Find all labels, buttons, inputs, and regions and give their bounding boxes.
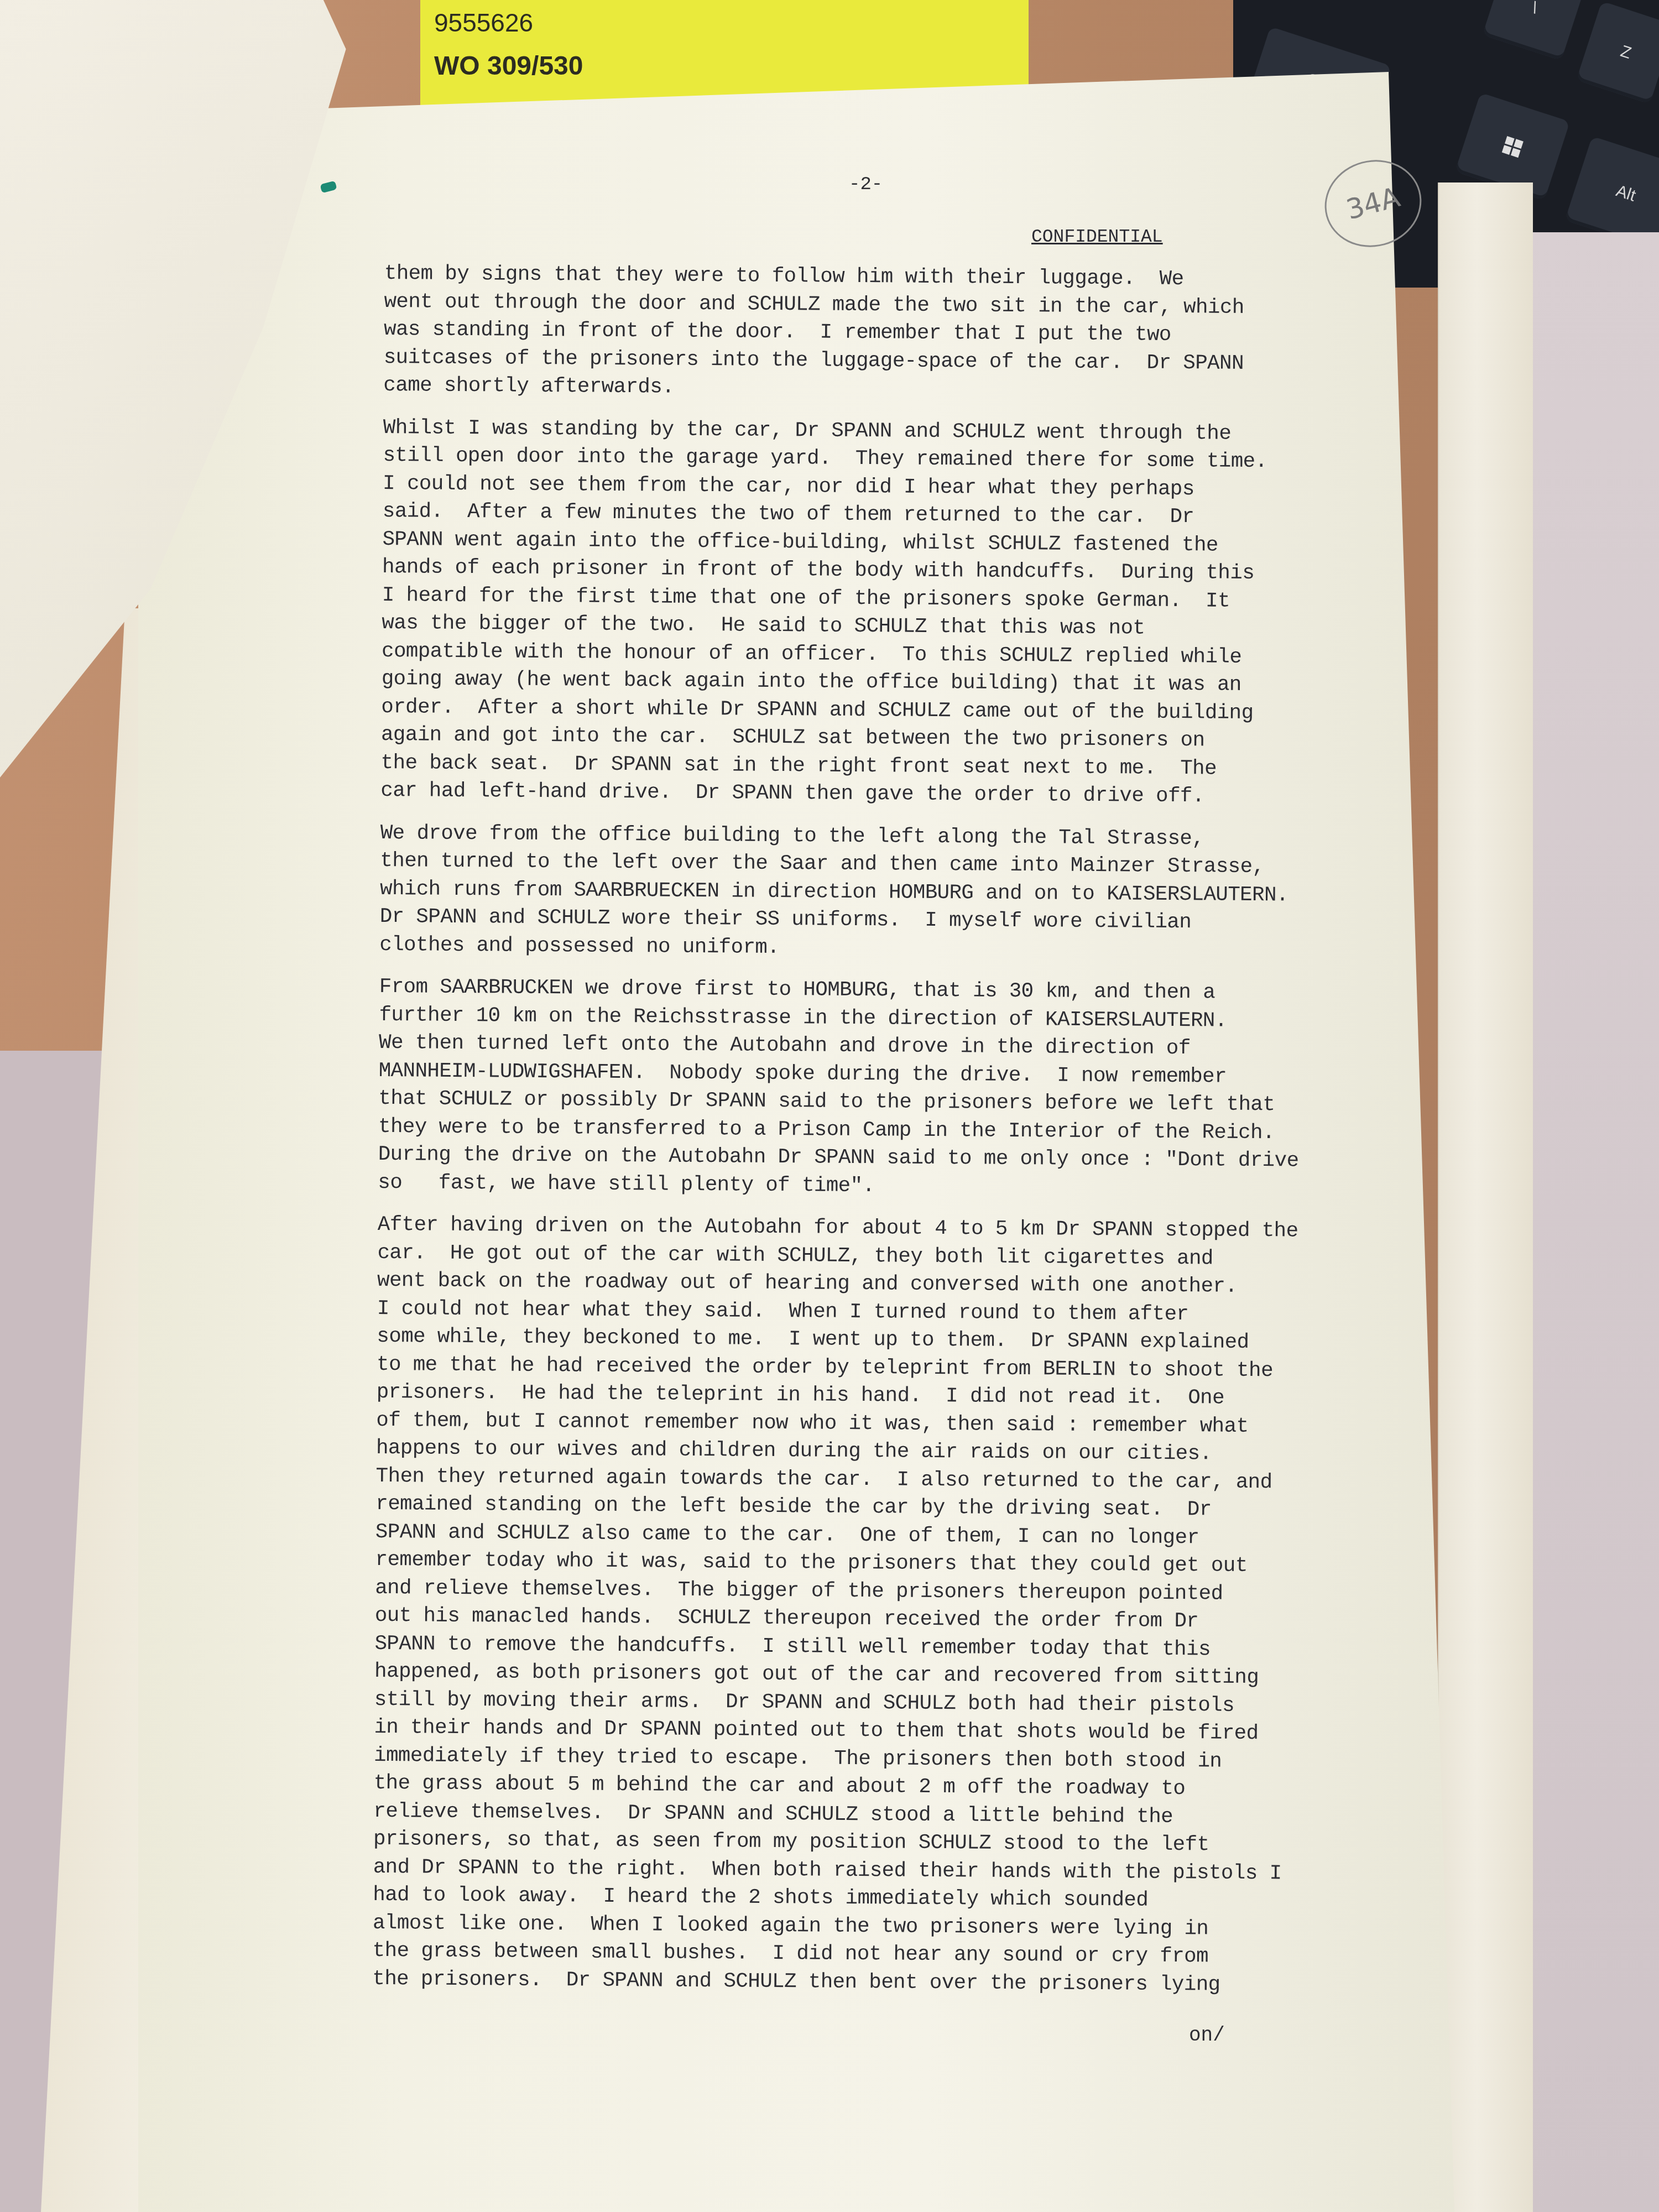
windows-logo-icon [1501,135,1523,157]
key-label: \ [1530,0,1540,18]
paragraph: them by signs that they were to follow h… [383,260,1446,407]
paragraph: After having driven on the Autobahn for … [372,1211,1439,2000]
page-stack-edge-right [1438,182,1533,2212]
folio-number: 34A [1343,181,1404,226]
paragraph: We drove from the office building to the… [379,819,1442,966]
catalogue-reference: WO 309/530 [434,51,583,81]
key-label: Alt [1614,181,1638,205]
document-body: them by signs that they were to follow h… [372,260,1446,2015]
paragraph: Whilst I was standing by the car, Dr SPA… [380,414,1445,812]
paragraph: From SAARBRUCKEN we drove first to HOMBU… [378,973,1441,1204]
reference-number: 9555626 [434,8,533,38]
key-z: Z [1576,1,1659,104]
page-number: -2- [849,174,883,195]
key-backslash: \ [1482,0,1587,61]
classification-heading: CONFIDENTIAL [1031,227,1163,247]
key-label: Z [1618,42,1634,63]
continuation-mark: on/ [1189,2024,1225,2047]
